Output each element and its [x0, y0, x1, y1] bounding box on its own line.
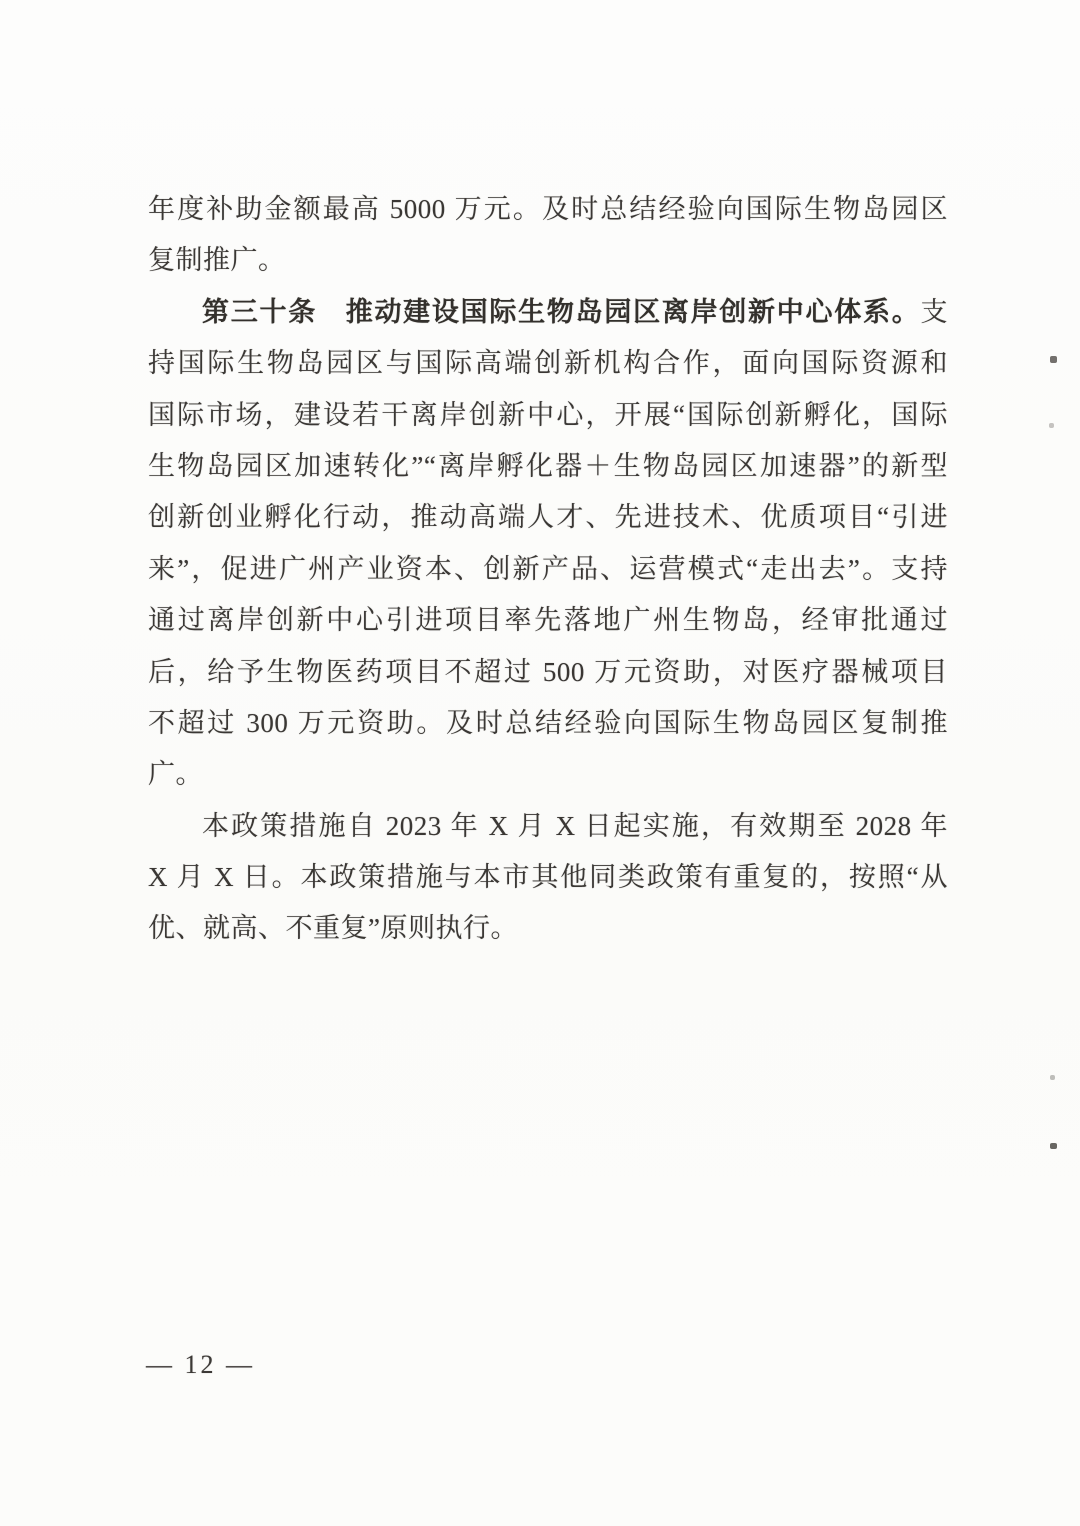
- scanned-document-page: 年度补助金额最高 5000 万元。及时总结经验向国际生物岛园区 复制推广。 第三…: [0, 0, 1080, 1526]
- scan-speck: [1050, 1075, 1055, 1080]
- text-line: 来”，促进广州产业资本、创新产品、运营模式“走出去”。支持: [148, 544, 948, 595]
- scan-speck: [1050, 356, 1057, 363]
- text-line: 持国际生物岛园区与国际高端创新机构合作，面向国际资源和: [148, 338, 948, 389]
- text-line: 后，给予生物医药项目不超过 500 万元资助，对医疗器械项目: [148, 647, 948, 698]
- text-line: 通过离岸创新中心引进项目率先落地广州生物岛，经审批通过: [148, 595, 948, 646]
- article-body-start: 支: [921, 297, 949, 327]
- text-line-article-heading: 第三十条 推动建设国际生物岛园区离岸创新中心体系。支: [148, 287, 948, 338]
- text-line: 国际市场，建设若干离岸创新中心，开展“国际创新孵化，国际: [148, 390, 948, 441]
- scan-speck: [1049, 423, 1054, 428]
- paragraph-continuation: 年度补助金额最高 5000 万元。及时总结经验向国际生物岛园区 复制推广。: [148, 184, 948, 287]
- text-line: X 月 X 日。本政策措施与本市其他同类政策有重复的，按照“从: [148, 852, 948, 903]
- paragraph-effective-period: 本政策措施自 2023 年 X 月 X 日起实施，有效期至 2028 年 X 月…: [148, 801, 948, 955]
- text-line: 不超过 300 万元资助。及时总结经验向国际生物岛园区复制推: [148, 698, 948, 749]
- text-line: 优、就高、不重复”原则执行。: [148, 903, 948, 954]
- text-line: 复制推广。: [148, 235, 948, 286]
- text-line: 广。: [148, 749, 948, 800]
- paragraph-article-30: 第三十条 推动建设国际生物岛园区离岸创新中心体系。支 持国际生物岛园区与国际高端…: [148, 287, 948, 801]
- text-line: 生物岛园区加速转化”“离岸孵化器＋生物岛园区加速器”的新型: [148, 441, 948, 492]
- document-body: 年度补助金额最高 5000 万元。及时总结经验向国际生物岛园区 复制推广。 第三…: [148, 184, 948, 955]
- page-number: — 12 —: [146, 1348, 255, 1382]
- article-number-heading: 第三十条 推动建设国际生物岛园区离岸创新中心体系。: [202, 297, 921, 327]
- text-line: 创新创业孵化行动，推动高端人才、先进技术、优质项目“引进: [148, 492, 948, 543]
- text-line: 年度补助金额最高 5000 万元。及时总结经验向国际生物岛园区: [148, 184, 948, 235]
- scan-speck: [1050, 1143, 1057, 1149]
- text-line: 本政策措施自 2023 年 X 月 X 日起实施，有效期至 2028 年: [148, 801, 948, 852]
